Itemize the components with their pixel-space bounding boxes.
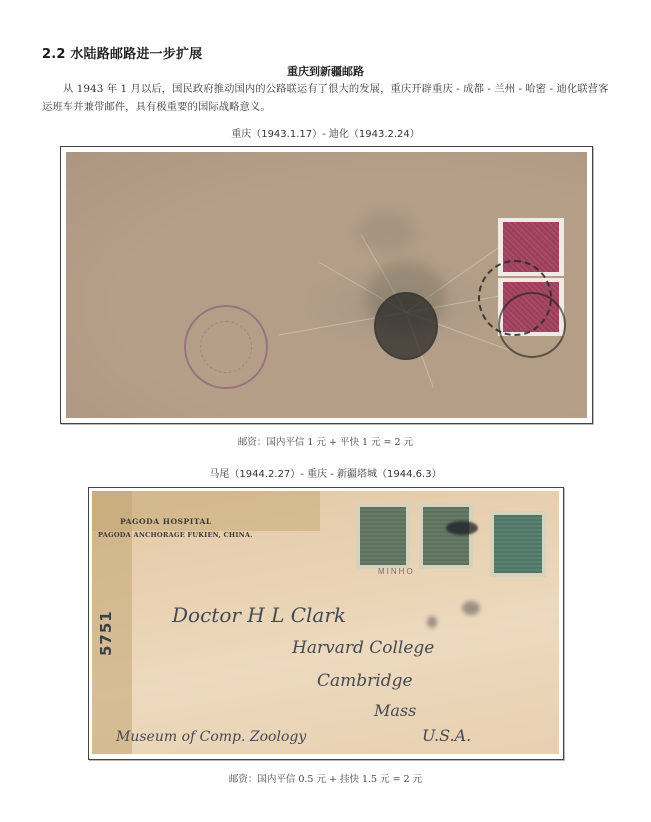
exhibit-2-postage-caption: 邮资：国内平信 0.5 元 + 挂快 1.5 元 = 2 元: [0, 771, 651, 785]
address-line-5: U.S.A.: [422, 726, 471, 745]
exhibit-1-title: 重庆（1943.1.17）- 迪化（1943.2.24）: [0, 125, 651, 140]
dirt-spot: [427, 616, 437, 628]
dirt-spot: [462, 601, 480, 615]
route-subtitle: 重庆到新疆邮路: [0, 63, 651, 79]
exhibit-1-cover-image: [66, 152, 587, 418]
intro-paragraph: 从 1943 年 1 月以后，国民政府推动国内的公路联运有了很大的发展，重庆开辟…: [42, 80, 612, 116]
exhibit-1-cover-frame: [60, 146, 593, 424]
exhibit-2-title: 马尾（1944.2.27）- 重庆 - 新疆塔城（1944.6.3）: [0, 465, 651, 480]
black-postmark: [374, 292, 438, 360]
letterhead-line-1: PAGODA HOSPITAL: [120, 517, 212, 526]
letterhead-line-2: PAGODA ANCHORAGE FUKIEN, CHINA.: [98, 531, 253, 539]
address-line-3: Cambridge: [317, 671, 413, 691]
censor-number: 5751: [97, 610, 115, 656]
address-line-1: Doctor H L Clark: [172, 603, 346, 627]
exhibit-2-cover-frame: PAGODA HOSPITAL PAGODA ANCHORAGE FUKIEN,…: [88, 487, 564, 760]
address-line-4: Mass: [374, 701, 416, 720]
exhibit-2-cover-image: PAGODA HOSPITAL PAGODA ANCHORAGE FUKIEN,…: [92, 491, 559, 754]
stamp-green-1: [356, 503, 410, 569]
return-note: Museum of Comp. Zoology: [116, 729, 306, 745]
water-stain: [356, 212, 416, 252]
ink-smudge: [446, 521, 478, 535]
postmark-on-stamps: [498, 292, 566, 358]
purple-transit-seal: [184, 305, 268, 389]
section-title: 2.2 水陆路邮路进一步扩展: [42, 43, 202, 62]
address-line-2: Harvard College: [292, 638, 434, 658]
stamp-green-2: [419, 503, 473, 569]
machine-cancel-text: MINHO: [378, 567, 415, 576]
stamp-green-3: [490, 511, 546, 577]
exhibit-1-postage-caption: 邮资：国内平信 1 元 + 平快 1 元 = 2 元: [0, 434, 651, 448]
